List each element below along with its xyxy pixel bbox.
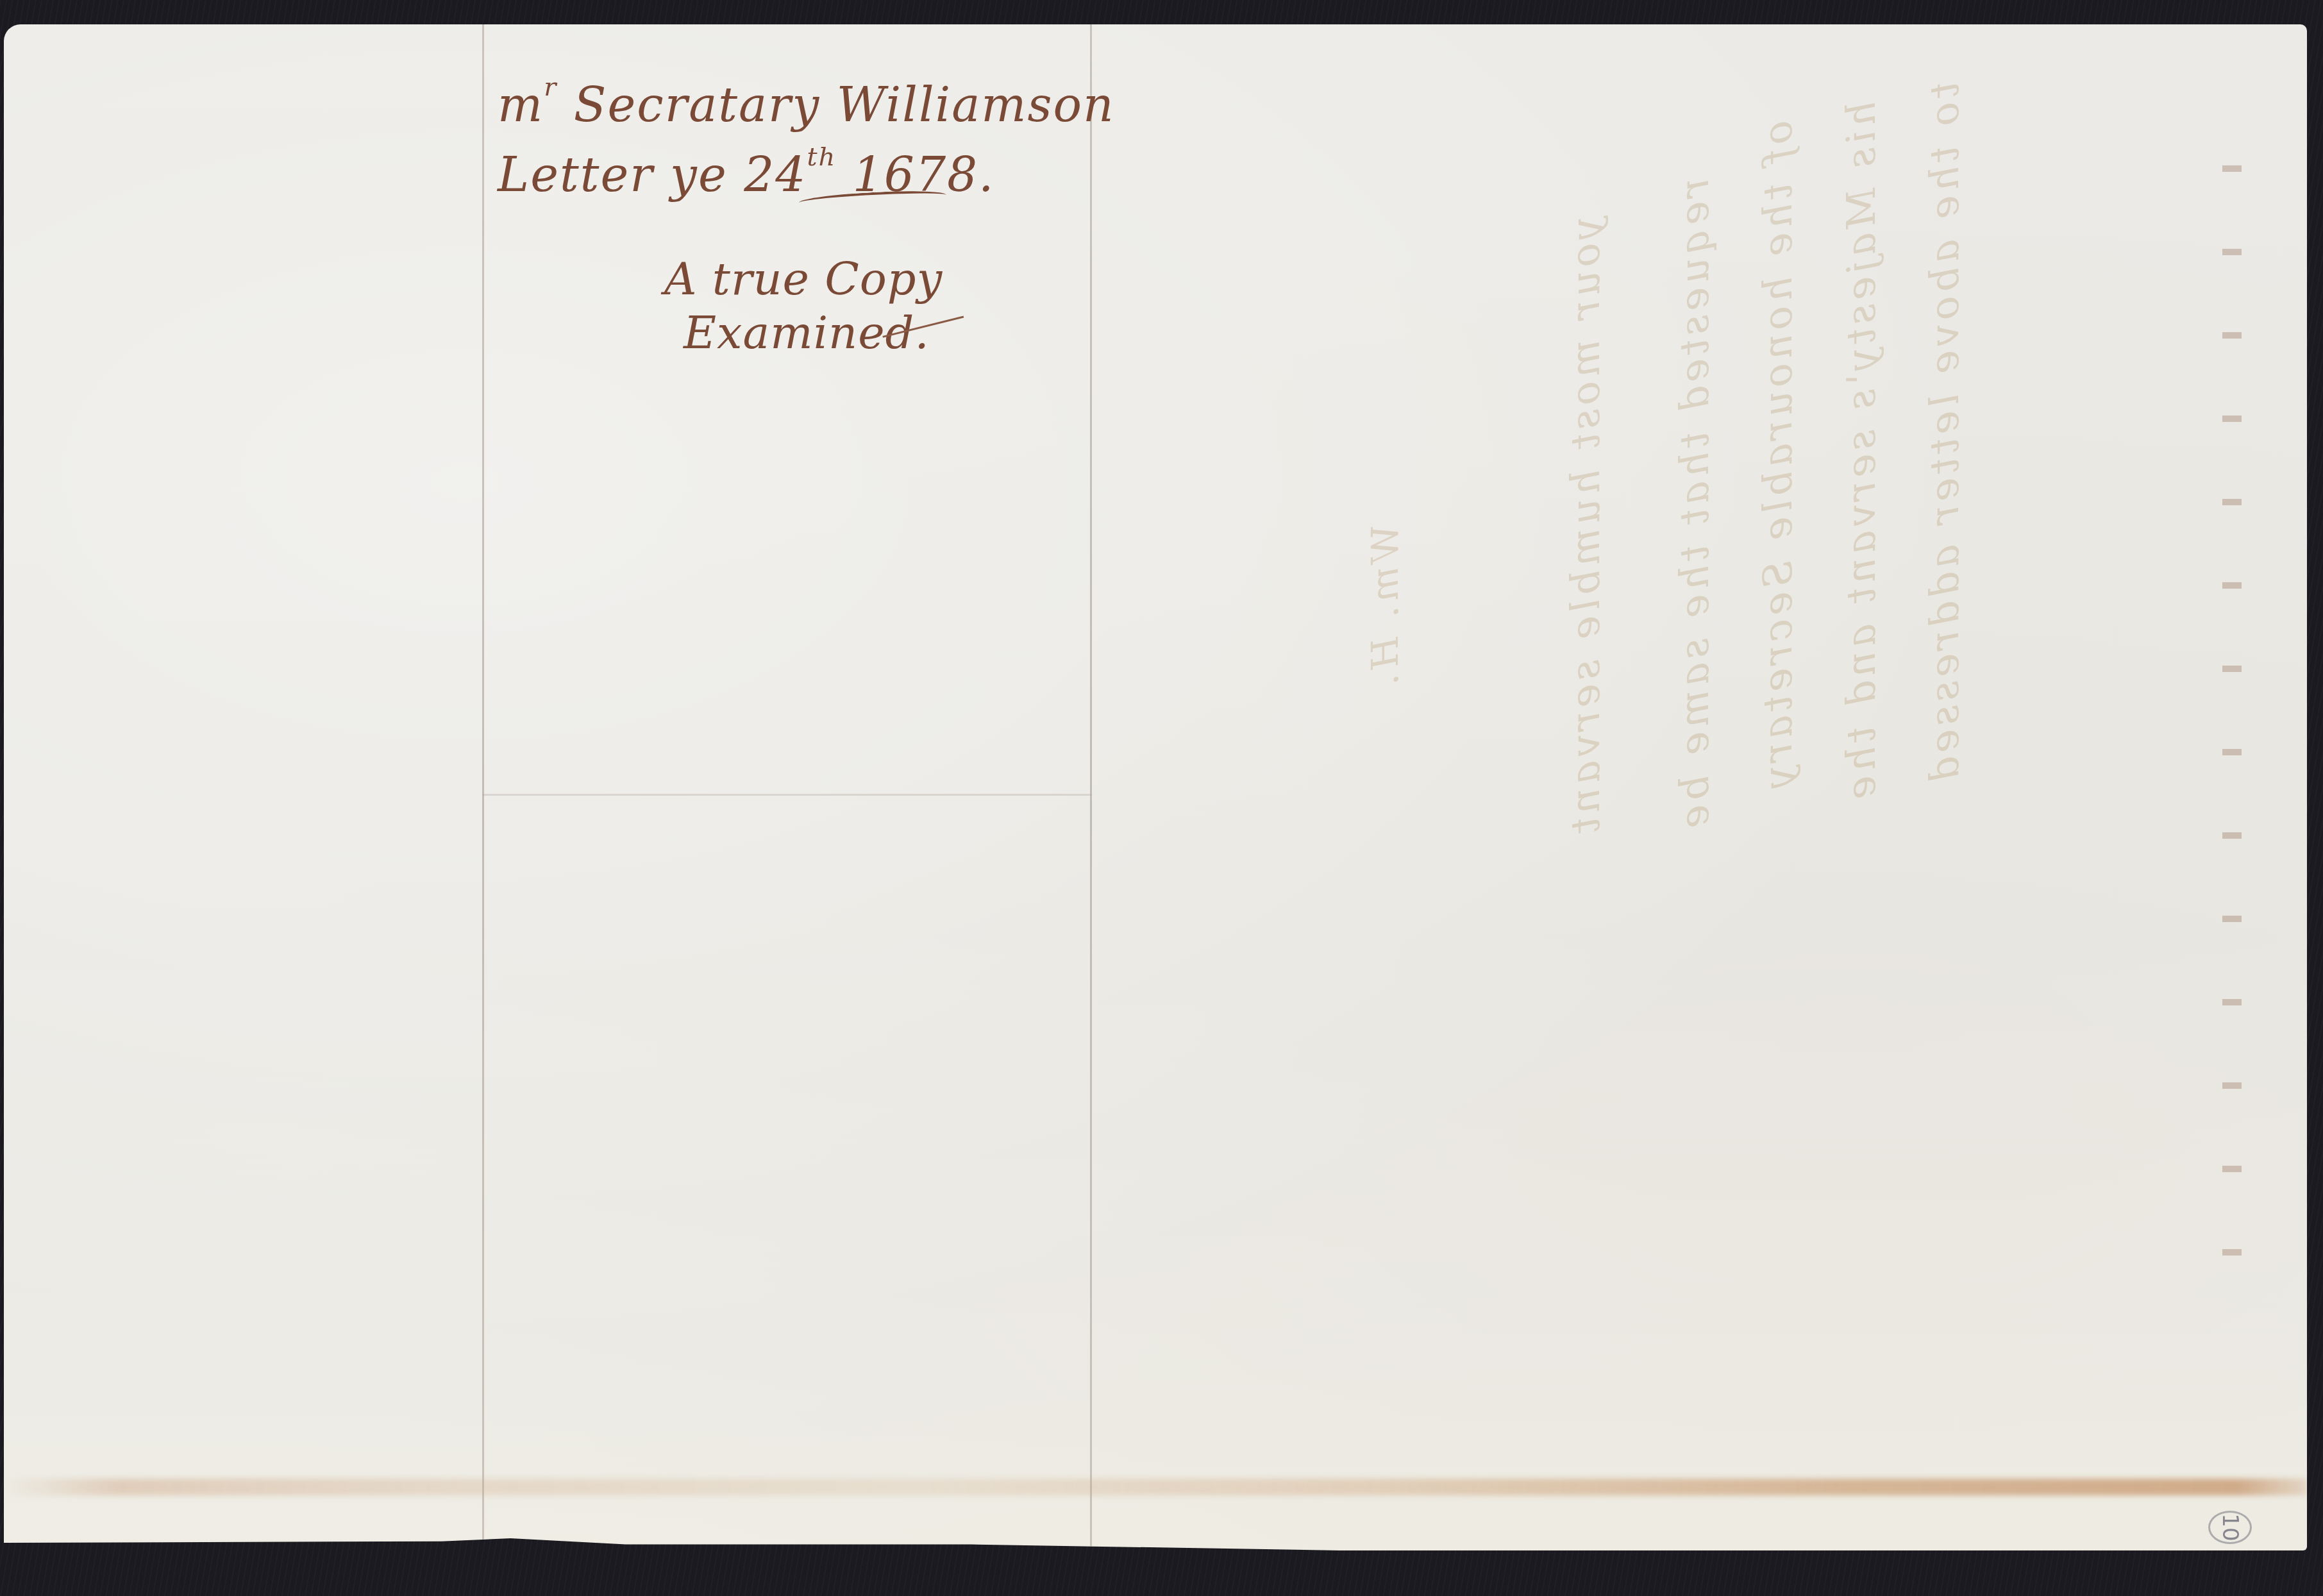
bleed-through-line: of the honourable Secretary — [1754, 121, 1801, 792]
edge-bleed-marks — [2222, 127, 2242, 1281]
horizontal-fold-line — [482, 794, 1092, 796]
endorsement-line-2: Letter ye 24th 1678. — [498, 144, 1115, 199]
endorsement-inscription: mr Secratary Williamson Letter ye 24th 1… — [498, 74, 1115, 355]
folio-number-stamp: 10 — [2208, 1511, 2252, 1544]
endorsement-line-1: mr Secratary Williamson — [498, 74, 1115, 129]
endorsement-line-3: A true Copy — [664, 256, 1115, 301]
bleed-through-line: to the above letter addressed — [1921, 82, 1968, 786]
bleed-through-line: Wm. H. — [1363, 525, 1407, 689]
bleed-through-line: your most humble servant — [1562, 217, 1609, 837]
bleed-through-line: requested that the same be — [1671, 178, 1718, 832]
manuscript-page: to the above letter addressed his Majest… — [4, 24, 2307, 1550]
bleed-through-line: his Majesty's servant and the — [1838, 101, 1884, 803]
vertical-fold-line-left — [482, 24, 484, 1550]
water-stain — [4, 1479, 2307, 1495]
